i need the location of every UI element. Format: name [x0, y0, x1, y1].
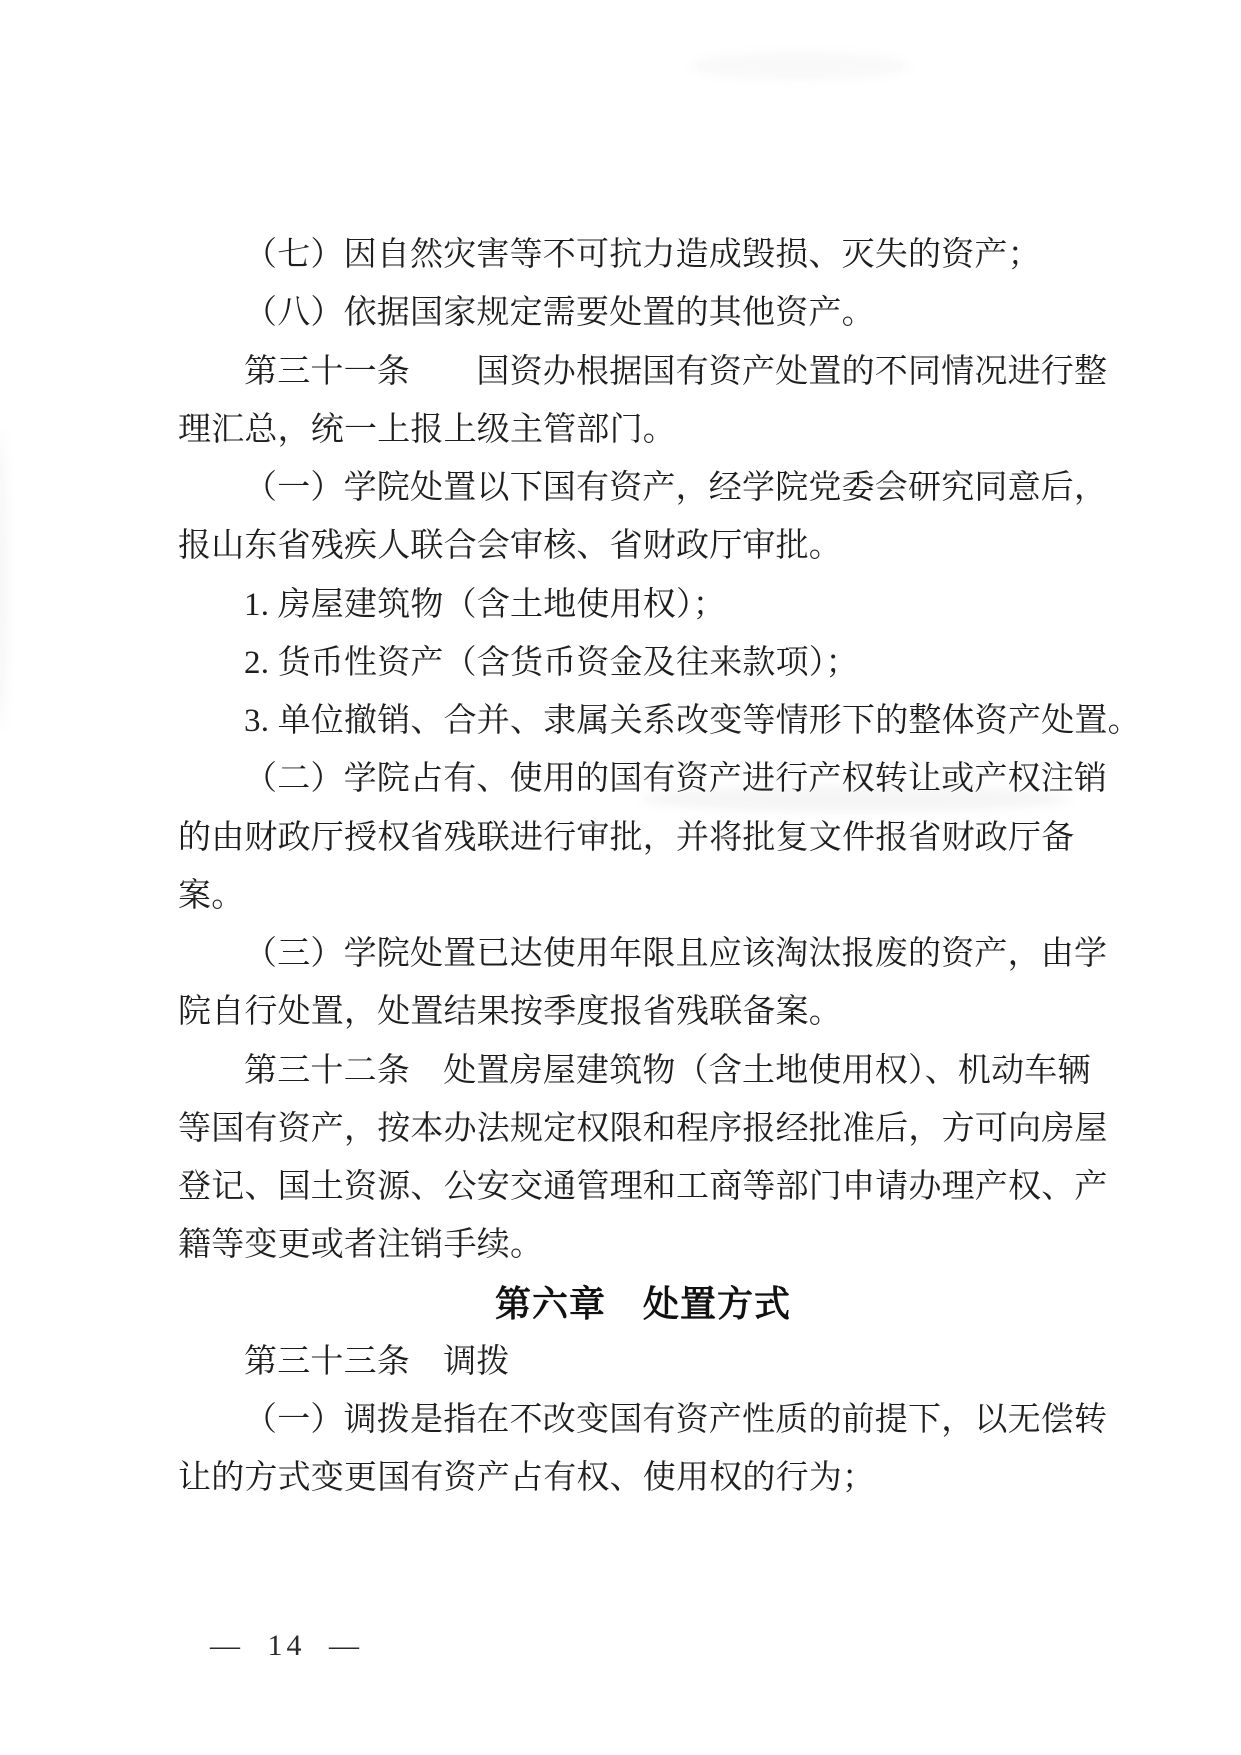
text-line: （二）学院占有、使用的国有资产进行产权转让或产权注销: [178, 750, 1108, 808]
scan-smudge: [0, 430, 8, 730]
scanned-document-page: （七）因自然灾害等不可抗力造成毁损、灭失的资产； （八）依据国家规定需要处置的其…: [0, 0, 1241, 1755]
text-line: （八）依据国家规定需要处置的其他资产。: [178, 284, 1108, 342]
page-number: — 14 —: [210, 1628, 363, 1664]
chapter-heading: 第六章 处置方式: [178, 1275, 1108, 1333]
text-line: 第三十三条 调拨: [178, 1333, 1108, 1391]
text-line: 让的方式变更国有资产占有权、使用权的行为；: [178, 1449, 1108, 1507]
text-line: 3. 单位撤销、合并、隶属关系改变等情形下的整体资产处置。: [178, 692, 1108, 750]
text-line: 2. 货币性资产（含货币资金及往来款项）；: [178, 634, 1108, 692]
text-line: （一）学院处置以下国有资产，经学院党委会研究同意后，: [178, 459, 1108, 517]
text-line: （一）调拨是指在不改变国有资产性质的前提下，以无偿转: [178, 1391, 1108, 1449]
text-line: 第三十二条 处置房屋建筑物（含土地使用权）、机动车辆: [178, 1042, 1108, 1100]
text-line: （七）因自然灾害等不可抗力造成毁损、灭失的资产；: [178, 226, 1108, 284]
text-line: 案。: [178, 867, 1108, 925]
text-line: 院自行处置，处置结果按季度报省残联备案。: [178, 983, 1108, 1041]
text-line: 的由财政厅授权省残联进行审批，并将批复文件报省财政厅备: [178, 809, 1108, 867]
scan-smudge: [690, 52, 910, 80]
text-line: 理汇总，统一上报上级主管部门。: [178, 401, 1108, 459]
document-body: （七）因自然灾害等不可抗力造成毁损、灭失的资产； （八）依据国家规定需要处置的其…: [178, 226, 1108, 1508]
text-line: 等国有资产，按本办法规定权限和程序报经批准后，方可向房屋: [178, 1100, 1108, 1158]
text-line: 1. 房屋建筑物（含土地使用权）；: [178, 576, 1108, 634]
text-line: 籍等变更或者注销手续。: [178, 1216, 1108, 1274]
text-line: 第三十一条 国资办根据国有资产处置的不同情况进行整: [178, 343, 1108, 401]
text-line: 登记、国土资源、公安交通管理和工商等部门申请办理产权、产: [178, 1158, 1108, 1216]
text-line: （三）学院处置已达使用年限且应该淘汰报废的资产，由学: [178, 925, 1108, 983]
text-line: 报山东省残疾人联合会审核、省财政厅审批。: [178, 517, 1108, 575]
